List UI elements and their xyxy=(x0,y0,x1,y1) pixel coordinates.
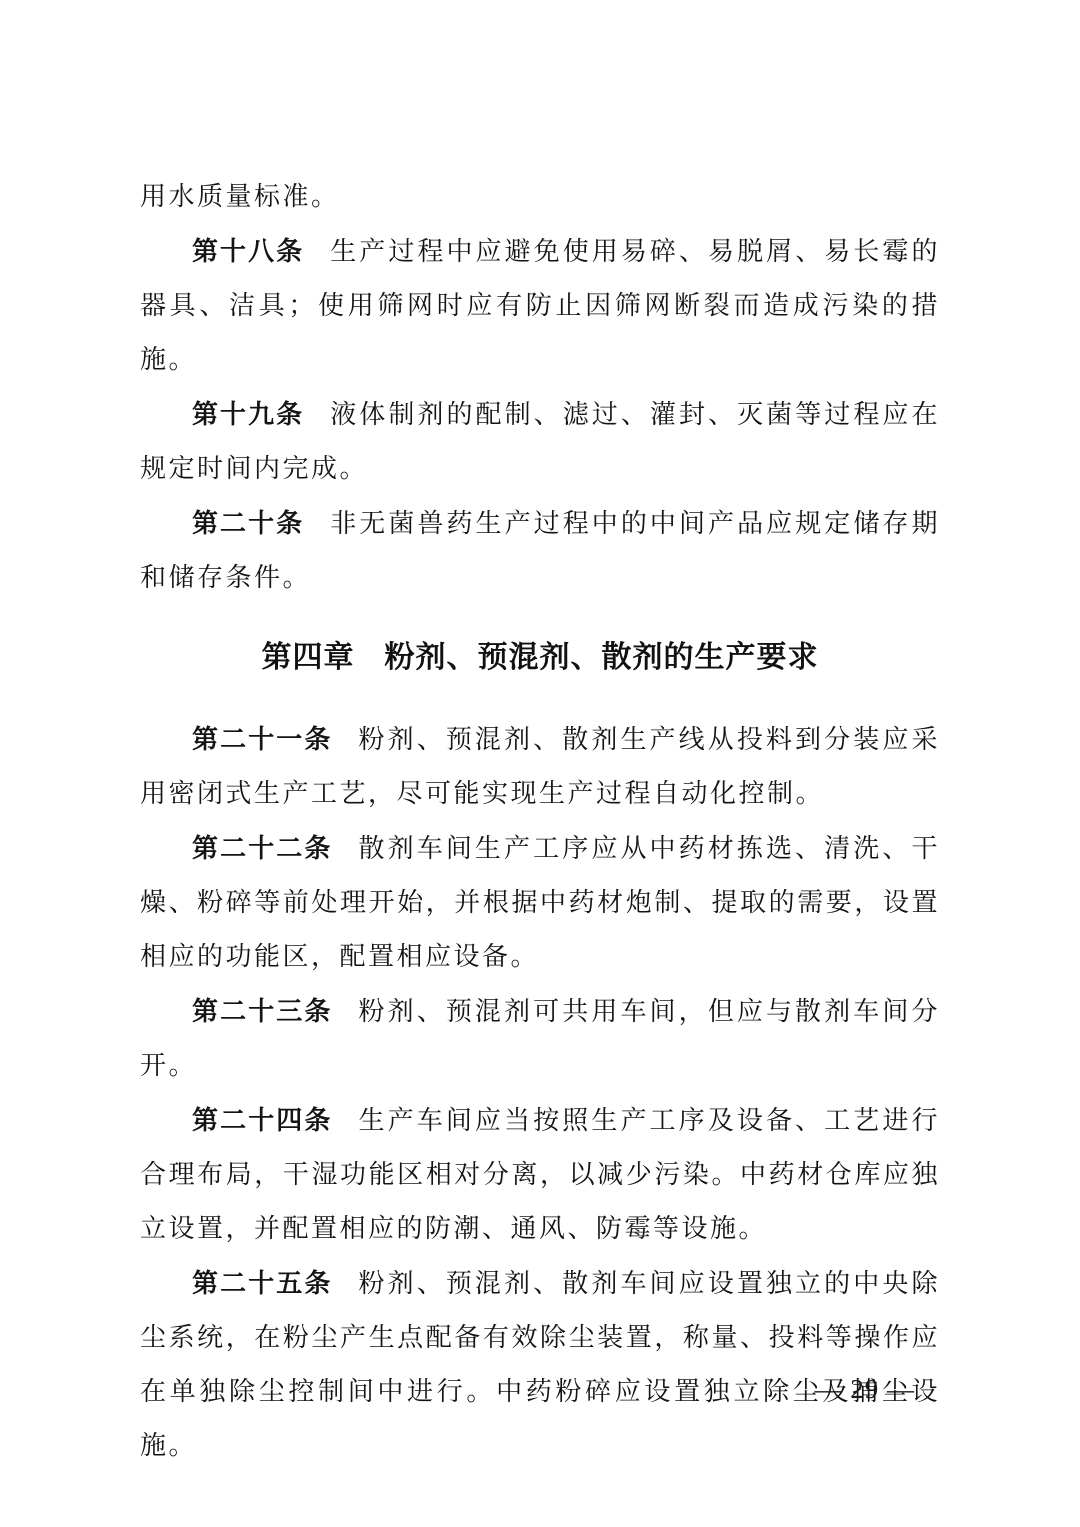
continuation-paragraph: 用水质量标准。 xyxy=(140,170,940,224)
article-paragraph-19: 第十九条液体制剂的配制、滤过、灌封、灭菌等过程应在规定时间内完成。 xyxy=(140,387,940,496)
document-body: 用水质量标准。 第十八条生产过程中应避免使用易碎、易脱屑、易长霉的器具、洁具；使… xyxy=(140,170,940,1473)
article-number: 第二十三条 xyxy=(192,996,333,1026)
chapter-label: 第四章 xyxy=(262,641,355,674)
chapter-title: 粉剂、预混剂、散剂的生产要求 xyxy=(385,641,819,674)
article-paragraph-18: 第十八条生产过程中应避免使用易碎、易脱屑、易长霉的器具、洁具；使用筛网时应有防止… xyxy=(140,224,940,387)
article-paragraph-24: 第二十四条生产车间应当按照生产工序及设备、工艺进行合理布局，干湿功能区相对分离，… xyxy=(140,1093,940,1256)
chapter-heading: 第四章粉剂、预混剂、散剂的生产要求 xyxy=(140,631,940,685)
article-number: 第二十二条 xyxy=(192,833,333,863)
article-number: 第二十一条 xyxy=(192,724,333,754)
article-paragraph-20: 第二十条非无菌兽药生产过程中的中间产品应规定储存期和储存条件。 xyxy=(140,496,940,605)
article-paragraph-21: 第二十一条粉剂、预混剂、散剂生产线从投料到分装应采用密闭式生产工艺，尽可能实现生… xyxy=(140,712,940,821)
article-number: 第十九条 xyxy=(192,399,304,429)
article-number: 第二十条 xyxy=(192,508,304,538)
article-paragraph-22: 第二十二条散剂车间生产工序应从中药材拣选、清洗、干燥、粉碎等前处理开始，并根据中… xyxy=(140,821,940,984)
article-paragraph-23: 第二十三条粉剂、预混剂可共用车间，但应与散剂车间分开。 xyxy=(140,984,940,1093)
page-number: — 29 — xyxy=(815,1362,916,1416)
article-number: 第二十四条 xyxy=(192,1105,333,1135)
article-number: 第二十五条 xyxy=(192,1268,333,1298)
document-page: 用水质量标准。 第十八条生产过程中应避免使用易碎、易脱屑、易长霉的器具、洁具；使… xyxy=(0,0,1080,1527)
continuation-text: 用水质量标准。 xyxy=(140,182,340,211)
article-number: 第十八条 xyxy=(192,236,304,266)
